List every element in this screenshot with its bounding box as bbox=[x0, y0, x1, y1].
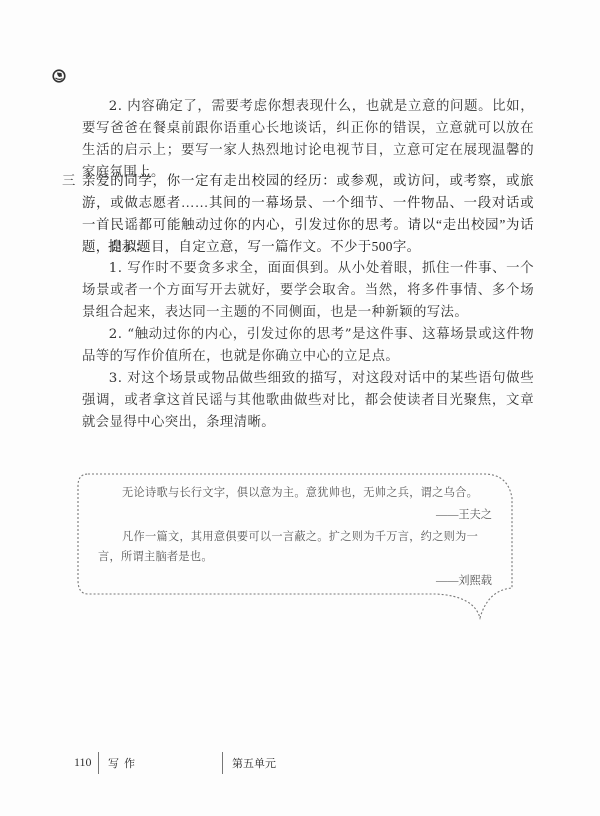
footer-divider bbox=[98, 752, 99, 774]
page-footer: 110 写作 第五单元 bbox=[0, 752, 600, 776]
hint-label: 提示： bbox=[108, 236, 148, 258]
footer-divider bbox=[222, 752, 223, 774]
quote-1-author: ——王夫之 bbox=[372, 506, 492, 524]
hint-item-2: 2. “触动过你的内心，引发过你的思考”是这件事、这幕场景或这件物品等的写作价值… bbox=[82, 324, 534, 368]
section-three-number: 三 bbox=[62, 170, 75, 192]
footer-section-name: 写作 bbox=[108, 755, 140, 771]
quote-2-text-line2: 言，所谓主脑者是也。 bbox=[98, 548, 478, 566]
globe-icon bbox=[52, 68, 66, 82]
page-number: 110 bbox=[74, 755, 92, 770]
quote-2-text-line1: 凡作一篇文，其用意俱要可以一言蔽之。扩之则为千万言，约之则为一 bbox=[122, 528, 502, 546]
quote-1-text: 无论诗歌与长行文字，俱以意为主。意犹帅也，无帅之兵，谓之乌合。 bbox=[122, 484, 502, 502]
section-three-prompt: 亲爱的同学，你一定有走出校园的经历：或参观，或访问，或考察，或旅游，或做志愿者…… bbox=[82, 170, 534, 258]
hint-item-3: 3. 对这个场景或物品做些细致的描写，对这段对话中的某些语句做些强调，或者拿这首… bbox=[82, 368, 534, 434]
footer-unit-name: 第五单元 bbox=[232, 755, 276, 771]
hint-item-1: 1. 写作时不要贪多求全，面面俱到。从小处着眼，抓住一件事、一个场景或者一个方面… bbox=[82, 258, 534, 324]
quote-box: 无论诗歌与长行文字，俱以意为主。意犹帅也，无帅之兵，谓之乌合。 ——王夫之 凡作… bbox=[76, 472, 516, 592]
quote-2-author: ——刘熙载 bbox=[372, 572, 492, 590]
